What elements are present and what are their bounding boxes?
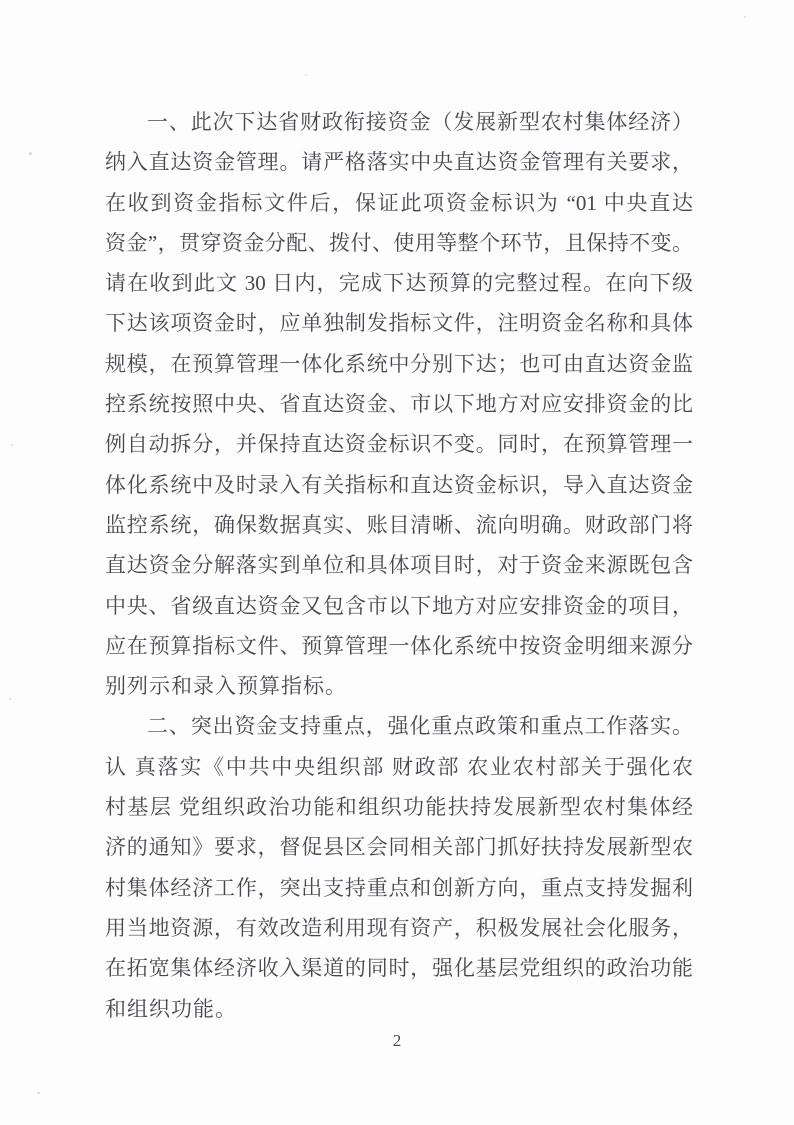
- text-line: 认 真落实《中共中央组织部 财政部 农业农村部关于强化农: [105, 747, 693, 787]
- text-line: 在收到资金指标文件后，保证此项资金标识为 “01 中央直达: [105, 183, 693, 223]
- scan-speck: [37, 1092, 40, 1094]
- text-line: 村集体经济工作，突出支持重点和创新方向，重点支持发掘利: [105, 868, 693, 908]
- text-line: 用当地资源，有效改造利用现有资产，积极发展社会化服务，: [105, 908, 693, 948]
- document-body: 一、此次下达省财政衔接资金（发展新型农村集体经济）纳入直达资金管理。请严格落实中…: [105, 102, 693, 1029]
- text-line: 体化系统中及时录入有关指标和直达资金标识，导入直达资金: [105, 465, 693, 505]
- text-line: 应在预算指标文件、预算管理一体化系统中按资金明细来源分: [105, 626, 693, 666]
- page-number: 2: [0, 1031, 794, 1051]
- text-line: 和组织功能。: [105, 989, 693, 1029]
- text-line: 请在收到此文 30 日内，完成下达预算的完整过程。在向下级: [105, 263, 693, 303]
- text-line: 监控系统，确保数据真实、账目清晰、流向明确。财政部门将: [105, 505, 693, 545]
- text-line: 直达资金分解落实到单位和具体项目时，对于资金来源既包含: [105, 545, 693, 585]
- scan-speck: [9, 698, 11, 700]
- text-line: 济的通知》要求，督促县区会同相关部门抓好扶持发展新型农: [105, 827, 693, 867]
- document-page: 一、此次下达省财政衔接资金（发展新型农村集体经济）纳入直达资金管理。请严格落实中…: [0, 0, 794, 1125]
- text-line: 二、突出资金支持重点，强化重点政策和重点工作落实。: [105, 706, 693, 746]
- text-line: 一、此次下达省财政衔接资金（发展新型农村集体经济）: [105, 102, 693, 142]
- text-line: 资金”，贯穿资金分配、拨付、使用等整个环节，且保持不变。: [105, 223, 693, 263]
- text-line: 别列示和录入预算指标。: [105, 666, 693, 706]
- scan-speck: [29, 152, 32, 155]
- scan-speck: [11, 444, 13, 446]
- text-line: 村基层 党组织政治功能和组织功能扶持发展新型农村集体经: [105, 787, 693, 827]
- scan-speck: [304, 74, 308, 76]
- text-line: 下达该项资金时，应单独制发指标文件，注明资金名称和具体: [105, 303, 693, 343]
- text-line: 规模，在预算管理一体化系统中分别下达；也可由直达资金监: [105, 344, 693, 384]
- text-line: 例自动拆分，并保持直达资金标识不变。同时，在预算管理一: [105, 424, 693, 464]
- text-line: 纳入直达资金管理。请严格落实中央直达资金管理有关要求，: [105, 142, 693, 182]
- text-line: 在拓宽集体经济收入渠道的同时，强化基层党组织的政治功能: [105, 948, 693, 988]
- text-line: 中央、省级直达资金又包含市以下地方对应安排资金的项目，: [105, 586, 693, 626]
- scan-speck: [744, 16, 746, 18]
- text-line: 控系统按照中央、省直达资金、市以下地方对应安排资金的比: [105, 384, 693, 424]
